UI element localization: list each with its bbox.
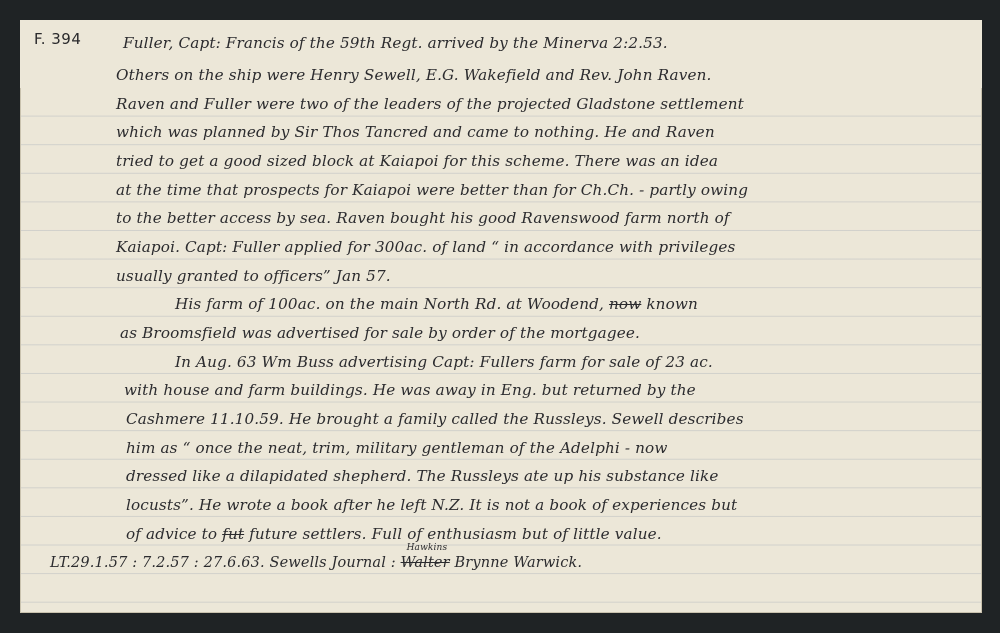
card-reference-number: F. 394 (34, 30, 81, 48)
source-text: LT.29.1.57 : 7.2.57 : 27.6.63. Sewells J… (50, 555, 396, 571)
source-citation-line: LT.29.1.57 : 7.2.57 : 27.6.63. Sewells J… (50, 555, 582, 571)
text-line: at the time that prospects for Kaiapoi w… (116, 181, 748, 199)
text-line: Kaiapoi. Capt: Fuller applied for 300ac.… (116, 238, 736, 256)
text-line: usually granted to officers” Jan 57. (116, 267, 391, 285)
paragraph-3-line: In Aug. 63 Wm Buss advertising Capt: Ful… (175, 353, 713, 371)
paragraph-3-last-line: of advice to fut future settlers. Full o… (126, 525, 662, 543)
card-title-line: Fuller, Capt: Francis of the 59th Regt. … (123, 34, 668, 52)
paragraph-3-line: dressed like a dilapidated shepherd. The… (126, 467, 719, 485)
inserted-word: Hawkins (407, 543, 448, 553)
text-line: Raven and Fuller were two of the leaders… (116, 95, 744, 113)
paragraph-2-line-2: as Broomsfield was advertised for sale b… (120, 324, 640, 342)
text-line: which was planned by Sir Thos Tancred an… (116, 123, 715, 141)
struck-word: fut (222, 525, 244, 543)
text-line: Others on the ship were Henry Sewell, E.… (116, 66, 712, 84)
paragraph-3-line: him as “ once the neat, trim, military g… (126, 439, 668, 457)
paragraph-3-line: locusts”. He wrote a book after he left … (126, 496, 737, 514)
text-line: to the better access by sea. Raven bough… (116, 209, 730, 227)
source-text: Brynne Warwick. (455, 555, 583, 571)
struck-word: Walter (401, 555, 450, 571)
struck-word: now (609, 295, 641, 313)
text-segment: of advice to (126, 525, 217, 543)
index-card: F. 394 Fuller, Capt: Francis of the 59th… (20, 20, 982, 613)
paragraph-3-line: Cashmere 11.10.59. He brought a family c… (126, 410, 744, 428)
text-segment: His farm of 100ac. on the main North Rd.… (175, 295, 604, 313)
text-segment: known (646, 295, 698, 313)
text-segment: future settlers. Full of enthusiasm but … (249, 525, 662, 543)
source-correction: Hawkins Walter (401, 555, 450, 571)
text-line: tried to get a good sized block at Kaiap… (116, 152, 718, 170)
paragraph-2-line-1: His farm of 100ac. on the main North Rd.… (175, 295, 698, 313)
paragraph-3-line: with house and farm buildings. He was aw… (124, 381, 696, 399)
